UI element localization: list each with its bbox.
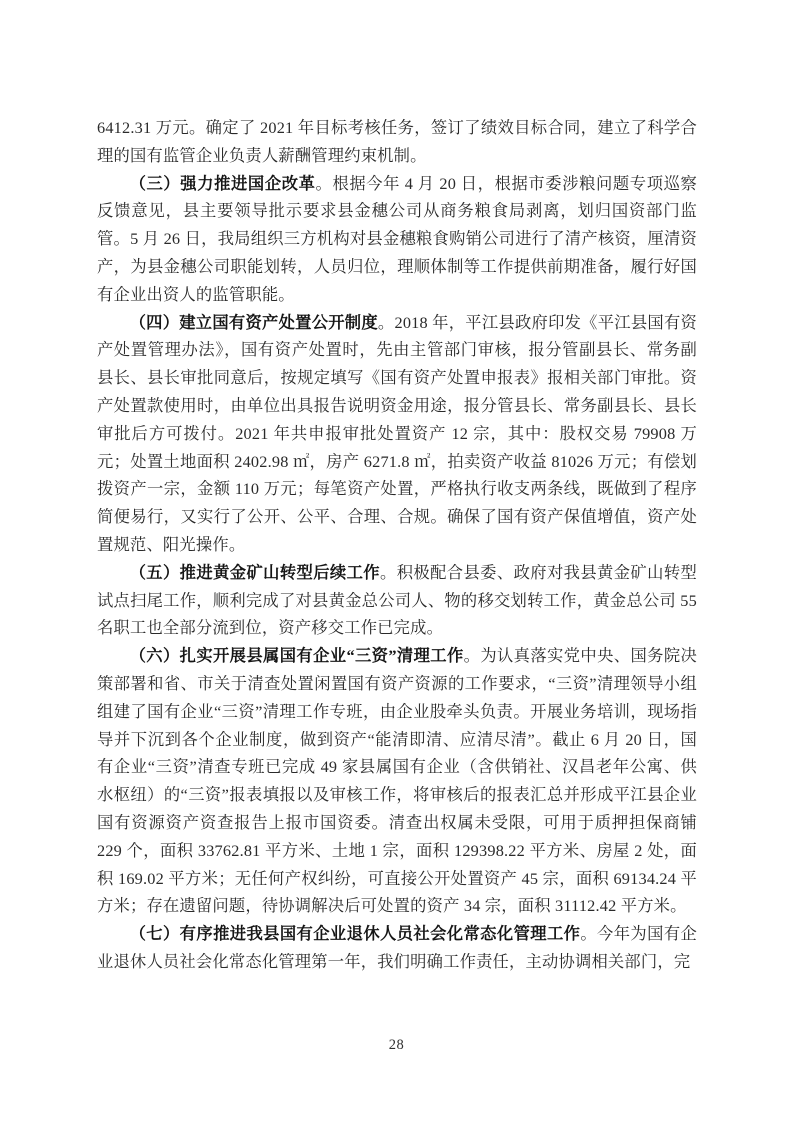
paragraph: （三）强力推进国企改革。根据今年 4 月 20 日，根据市委涉粮问题专项巡察反馈… (97, 170, 697, 309)
paragraph-text: 。根据今年 4 月 20 日，根据市委涉粮问题专项巡察反馈意见，县主要领导批示要… (97, 174, 697, 304)
page-number: 28 (389, 1037, 405, 1053)
paragraph: （六）扎实开展县属国有企业“三资”清理工作。为认真落实党中央、国务院决策部署和省… (97, 642, 697, 920)
paragraph-text: 。2018 年，平江县政府印发《平江县国有资产处置管理办法》，国有资产处置时，先… (97, 313, 697, 554)
paragraph-heading: （七）有序推进我县国有企业退休人员社会化常态化管理工作 (130, 924, 581, 943)
paragraph-heading: （六）扎实开展县属国有企业“三资”清理工作 (130, 646, 464, 665)
paragraph-heading: （三）强力推进国企改革 (130, 174, 316, 193)
paragraph: （四）建立国有资产处置公开制度。2018 年，平江县政府印发《平江县国有资产处置… (97, 309, 697, 559)
page-footer: 28 (0, 1036, 793, 1054)
paragraph-text: 6412.31 万元。确定了 2021 年目标考核任务，签订了绩效目标合同，建立… (97, 118, 697, 165)
paragraph-heading: （四）建立国有资产处置公开制度 (130, 313, 378, 332)
paragraph-text: 。为认真落实党中央、国务院决策部署和省、市关于清查处置闲置国有资产资源的工作要求… (97, 646, 697, 915)
document-body: 6412.31 万元。确定了 2021 年目标考核任务，签订了绩效目标合同，建立… (97, 114, 697, 976)
paragraph: （五）推进黄金矿山转型后续工作。积极配合县委、政府对我县黄金矿山转型试点扫尾工作… (97, 559, 697, 642)
document-page: 6412.31 万元。确定了 2021 年目标考核任务，签订了绩效目标合同，建立… (0, 0, 793, 1122)
paragraph: （七）有序推进我县国有企业退休人员社会化常态化管理工作。今年为国有企业退休人员社… (97, 920, 697, 976)
paragraph: 6412.31 万元。确定了 2021 年目标考核任务，签订了绩效目标合同，建立… (97, 114, 697, 170)
paragraph-heading: （五）推进黄金矿山转型后续工作 (130, 563, 380, 582)
